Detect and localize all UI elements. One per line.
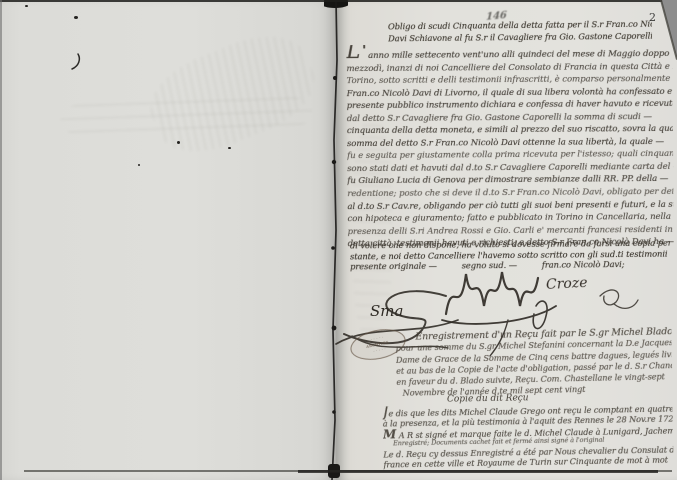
receipt-heading: Copie du dit Reçu — [447, 393, 529, 404]
left-page — [0, 0, 336, 480]
page-bottom-edge-shadow — [298, 470, 658, 473]
act-heading: Obligo di scudi Cinquanta della detta fa… — [388, 18, 652, 45]
handwritten-line: L'anno mille settecento vent'uno alli qu… — [346, 43, 672, 63]
bleed-through-marks — [59, 88, 313, 145]
ink-speck — [228, 147, 231, 149]
stamp-border-dots — [373, 347, 386, 353]
scanned-manuscript-spread: 2 146 Obligo di scudi Cinquanta della de… — [0, 0, 677, 480]
receipt-text: Je dis que les dits Michel Claude Grego … — [382, 401, 673, 469]
ink-hook-mark — [68, 52, 84, 72]
signature-paraph-text: Sma — [370, 302, 403, 320]
ink-speck — [177, 141, 180, 144]
signature-croze-flourish — [594, 282, 642, 314]
page-top-edge — [0, 0, 662, 2]
ink-speck — [25, 5, 28, 7]
signature-croze: Croze — [546, 275, 588, 293]
registration-note-text: Enregistrement d'un Reçu fait par le S.g… — [395, 326, 672, 400]
book-binding — [324, 0, 348, 480]
scan-left-edge — [0, 0, 2, 480]
ink-speck — [74, 16, 78, 19]
act-body-text: L'anno mille settecento vent'uno alli qu… — [346, 43, 673, 251]
ink-speck — [138, 164, 140, 166]
